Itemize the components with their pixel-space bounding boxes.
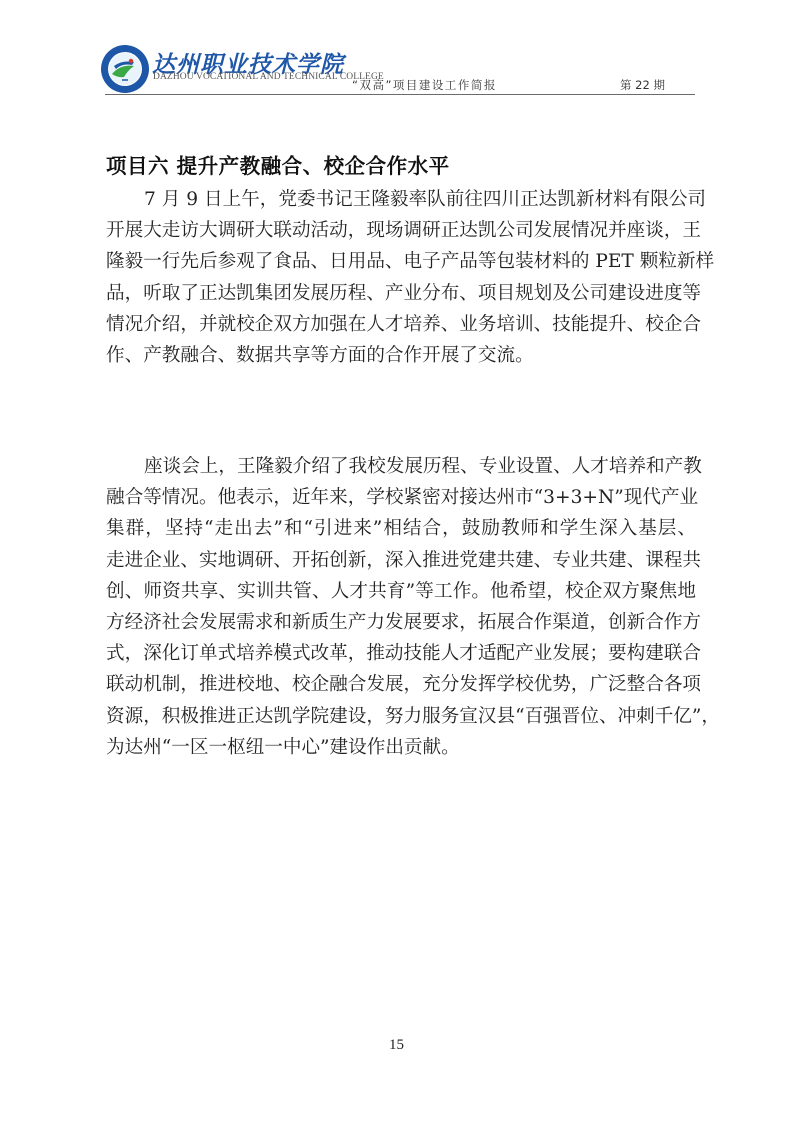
paragraph-line: 式，深化订单式培养模式改革，推动技能人才适配产业发展；要构建联合 <box>106 638 696 669</box>
paragraph-line: 联动机制，推进校地、校企融合发展，充分发挥学校优势，广泛整合各项 <box>106 669 696 700</box>
paragraph-line: 隆毅一行先后参观了食品、日用品、电子产品等包装材料的 PET 颗粒新样 <box>106 246 696 277</box>
paragraph-line: 座谈会上，王隆毅介绍了我校发展历程、专业设置、人才培养和产教 <box>106 451 696 482</box>
paragraph-1: 7 月 9 日上午，党委书记王隆毅率队前往四川正达凯新材料有限公司 开展大走访大… <box>106 184 696 371</box>
paragraph-line: 7 月 9 日上午，党委书记王隆毅率队前往四川正达凯新材料有限公司 <box>106 184 696 215</box>
paragraph-line: 情况介绍，并就校企双方加强在人才培养、业务培训、技能提升、校企合 <box>106 309 696 340</box>
paragraph-line: 品，听取了正达凯集团发展历程、产业分布、项目规划及公司建设进度等 <box>106 278 696 309</box>
paragraph-line: 方经济社会发展需求和新质生产力发展要求，拓展合作渠道，创新合作方 <box>106 607 696 638</box>
paragraph-line: 作、产教融合、数据共享等方面的合作开展了交流。 <box>106 340 696 371</box>
issue-number: 第 22 期 <box>620 77 665 93</box>
paragraph-line: 开展大走访大调研大联动活动，现场调研正达凯公司发展情况并座谈，王 <box>106 215 696 246</box>
paragraph-line: 为达州“一区一枢纽一中心”建设作出贡献。 <box>106 732 696 763</box>
paragraph-2: 座谈会上，王隆毅介绍了我校发展历程、专业设置、人才培养和产教 融合等情况。他表示… <box>106 451 696 763</box>
bulletin-title: “双高”项目建设工作简报 <box>352 77 497 93</box>
paragraph-line: 集群，坚持“走出去”和“引进来”相结合，鼓励教师和学生深入基层、 <box>106 513 696 544</box>
paragraph-line: 创、师资共享、实训共管、人才共育”等工作。他希望，校企双方聚焦地 <box>106 576 696 607</box>
paragraph-line: 走进企业、实地调研、开拓创新，深入推进党建共建、专业共建、课程共 <box>106 545 696 576</box>
header-divider <box>105 94 695 95</box>
page-number: 15 <box>0 1037 793 1054</box>
paragraph-line: 融合等情况。他表示，近年来，学校紧密对接达州市“3+3+N”现代产业 <box>106 482 696 513</box>
section-heading: 项目六 提升产教融合、校企合作水平 <box>106 149 450 179</box>
school-emblem-icon <box>100 44 150 94</box>
school-name-en: DAZHOU VOCATIONAL AND TECHNICAL COLLEGE <box>153 72 384 82</box>
paragraph-line: 资源，积极推进正达凯学院建设，努力服务宣汉县“百强晋位、冲刺千亿”， <box>106 701 696 732</box>
document-page: 达州职业技术学院 DAZHOU VOCATIONAL AND TECHNICAL… <box>0 0 793 1122</box>
